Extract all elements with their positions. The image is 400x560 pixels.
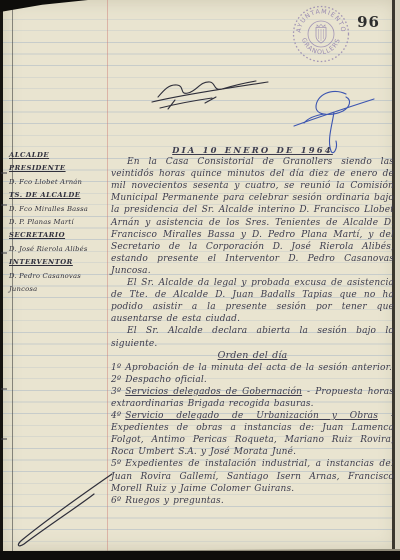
binding-stub-mark — [1, 172, 7, 174]
signature-dark-ink — [150, 70, 280, 112]
scanned-minutes-page: 96 AYUNTAMIENTO GRANOLLERS — [0, 0, 400, 560]
order-item-number: 6º — [111, 496, 121, 506]
order-item-number: 4º — [111, 411, 121, 421]
order-item: 3ºServicios delegados de Gobernación - P… — [111, 386, 394, 410]
order-item-underlined: Servicios delegados de Gobernación — [125, 387, 302, 397]
municipal-stamp: AYUNTAMIENTO GRANOLLERS — [288, 2, 354, 68]
order-of-day-heading: Orden del día — [111, 350, 394, 362]
binding-stub-mark — [1, 204, 7, 206]
order-item-number: 2º — [111, 375, 121, 385]
official-name: D. Fco Llobet Arnán — [9, 176, 104, 189]
margin-officials-list: ALCALDE PRESIDENTE D. Fco Llobet Arnán T… — [9, 149, 104, 296]
page-number: 96 — [357, 13, 380, 31]
order-item: 6ºRuegos y preguntas. — [111, 495, 394, 507]
order-item-underlined: Servicio delegado de Urbanización y Obra… — [125, 411, 378, 421]
binding-stub-mark — [1, 252, 7, 254]
order-item: 5ºExpedientes de instalación industrial,… — [111, 458, 394, 494]
order-item-text: Expedientes de instalación industrial, a… — [111, 459, 394, 493]
official-name: D. Fco Miralles Bassa — [9, 203, 104, 216]
official-name: D. José Rierola Alibés — [9, 243, 104, 256]
official-role-header: ALCALDE PRESIDENTE — [9, 149, 104, 176]
session-date-heading: DIA 10 ENERO DE 1964 — [111, 144, 394, 156]
pen-flourish — [8, 470, 118, 556]
minutes-body: DIA 10 ENERO DE 1964 En la Casa Consisto… — [111, 144, 394, 507]
order-item: 2ºDespacho oficial. — [111, 374, 394, 386]
stamp-coat-of-arms — [316, 24, 326, 43]
order-item-number: 1º — [111, 363, 121, 373]
official-role-header: SECRETARIO — [9, 229, 104, 242]
minutes-paragraph: En la Casa Consistorial de Granollers si… — [111, 156, 394, 277]
official-role-header: INTERVENTOR — [9, 256, 104, 269]
binding-stub-mark — [1, 388, 7, 390]
official-name: D. Pedro Casanovas Juncosa — [9, 270, 104, 297]
binding-stub-mark — [1, 438, 7, 440]
next-page-edge — [395, 0, 400, 552]
order-item: 1ºAprobación de la minuta del acta de la… — [111, 362, 394, 374]
order-item-text: Aprobación de la minuta del acta de la s… — [125, 363, 392, 373]
order-item-number: 5º — [111, 459, 121, 469]
order-item: 4ºServicio delegado de Urbanización y Ob… — [111, 410, 394, 458]
order-item-number: 3º — [111, 387, 121, 397]
order-of-day-list: 1ºAprobación de la minuta del acta de la… — [111, 362, 394, 507]
official-name: D. P. Planas Martí — [9, 216, 104, 229]
order-item-text: Despacho oficial. — [125, 375, 207, 385]
minutes-paragraph: El Sr. Alcalde da legal y probada excusa… — [111, 277, 394, 325]
order-item-text: Ruegos y preguntas. — [125, 496, 224, 506]
minutes-paragraph: El Sr. Alcalde declara abierta la sesión… — [111, 325, 394, 349]
official-role-header: TS. DE ALCALDE — [9, 189, 104, 202]
margin-rule-line — [107, 0, 108, 551]
